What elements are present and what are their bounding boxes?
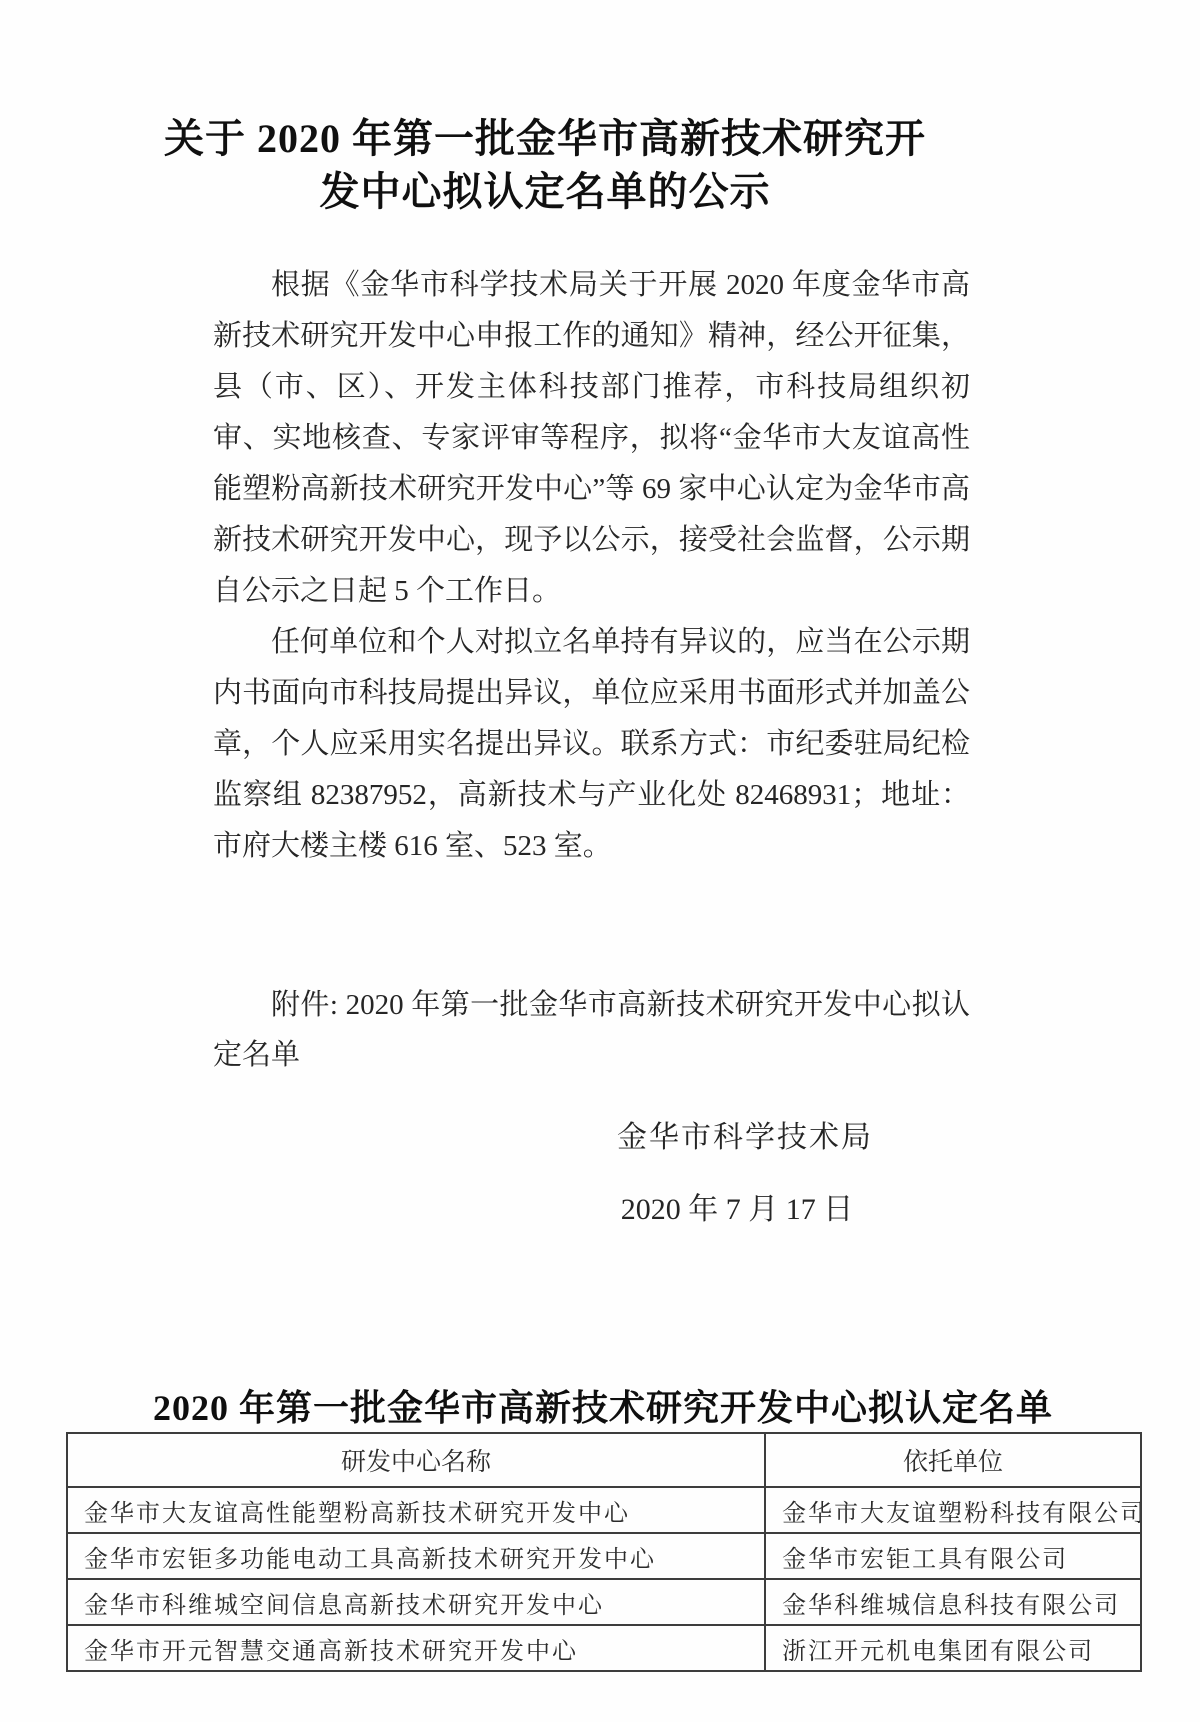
issue-date: 2020 年 7 月 17 日 (527, 1184, 947, 1228)
issuer-signature: 金华市科学技术局 (535, 1112, 955, 1156)
paragraph-intro: 根据《金华市科学技术局关于开展 2020 年度金华市高新技术研究开发中心申报工作… (213, 260, 970, 617)
announcement-body: 根据《金华市科学技术局关于开展 2020 年度金华市高新技术研究开发中心申报工作… (213, 260, 970, 872)
table-row: 金华市宏钜多功能电动工具高新技术研究开发中心金华市宏钜工具有限公司 (67, 1533, 1141, 1579)
supporting-unit-cell: 金华市大友谊塑粉科技有限公司 (765, 1487, 1141, 1533)
supporting-unit-cell: 浙江开元机电集团有限公司 (765, 1625, 1141, 1671)
rd-center-name-cell: 金华市大友谊高性能塑粉高新技术研究开发中心 (67, 1487, 765, 1533)
paragraph-objection: 任何单位和个人对拟立名单持有异议的，应当在公示期内书面向市科技局提出异议，单位应… (213, 617, 970, 872)
document-page: 关于 2020 年第一批金华市高新技术研究开 发中心拟认定名单的公示 根据《金华… (0, 0, 1200, 1722)
page-title-line-2: 发中心拟认定名单的公示 (150, 165, 940, 218)
table-row: 金华市开元智慧交通高新技术研究开发中心浙江开元机电集团有限公司 (67, 1625, 1141, 1671)
rd-center-table-body: 金华市大友谊高性能塑粉高新技术研究开发中心金华市大友谊塑粉科技有限公司金华市宏钜… (67, 1487, 1141, 1671)
annex-table-title: 2020 年第一批金华市高新技术研究开发中心拟认定名单 (64, 1380, 1142, 1431)
supporting-unit-cell: 金华科维城信息科技有限公司 (765, 1579, 1141, 1625)
supporting-unit-cell: 金华市宏钜工具有限公司 (765, 1533, 1141, 1579)
rd-center-table: 研发中心名称 依托单位 金华市大友谊高性能塑粉高新技术研究开发中心金华市大友谊塑… (66, 1432, 1142, 1672)
table-row: 金华市大友谊高性能塑粉高新技术研究开发中心金华市大友谊塑粉科技有限公司 (67, 1487, 1141, 1533)
header-rd-center-name: 研发中心名称 (67, 1433, 765, 1487)
rd-center-name-cell: 金华市宏钜多功能电动工具高新技术研究开发中心 (67, 1533, 765, 1579)
table-row: 金华市科维城空间信息高新技术研究开发中心金华科维城信息科技有限公司 (67, 1579, 1141, 1625)
header-supporting-unit: 依托单位 (765, 1433, 1141, 1487)
page-title: 关于 2020 年第一批金华市高新技术研究开 发中心拟认定名单的公示 (150, 112, 940, 218)
page-title-line-1: 关于 2020 年第一批金华市高新技术研究开 (150, 112, 940, 165)
rd-center-name-cell: 金华市科维城空间信息高新技术研究开发中心 (67, 1579, 765, 1625)
attachment-line: 附件: 2020 年第一批金华市高新技术研究开发中心拟认定名单 (213, 980, 970, 1080)
rd-center-name-cell: 金华市开元智慧交通高新技术研究开发中心 (67, 1625, 765, 1671)
table-header-row: 研发中心名称 依托单位 (67, 1433, 1141, 1487)
